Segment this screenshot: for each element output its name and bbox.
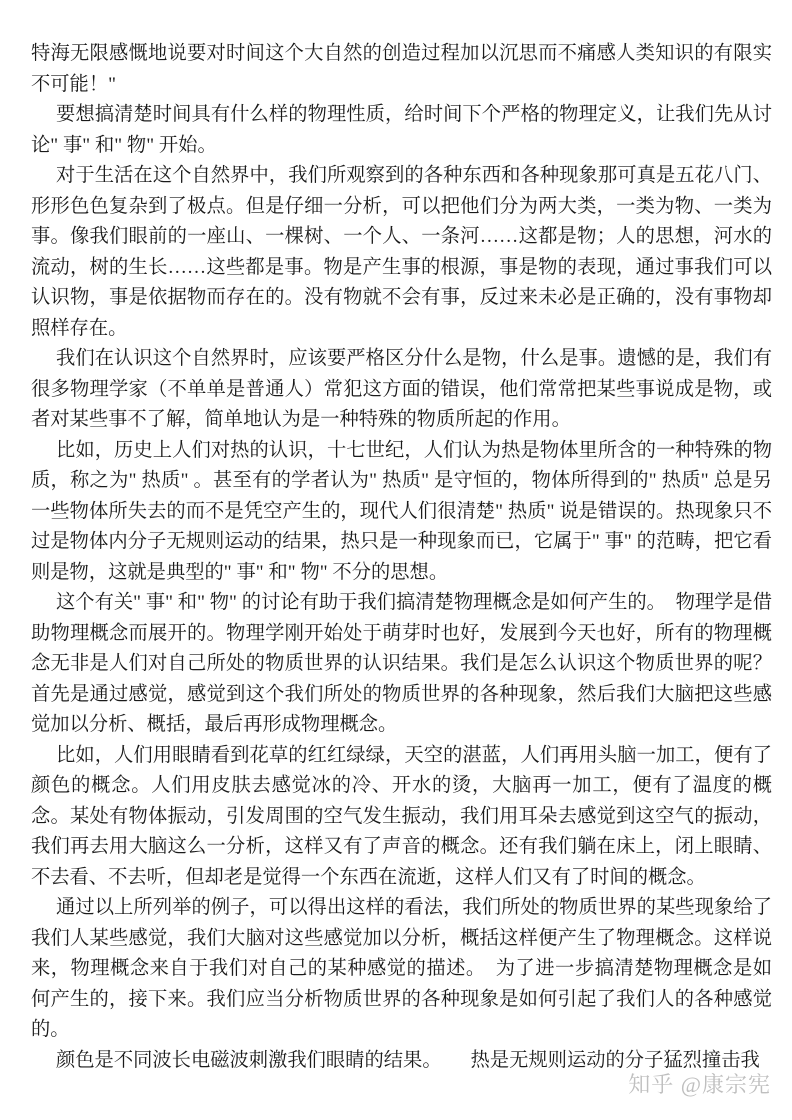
- paragraph: 要想搞清楚时间具有什么样的物理性质，给时间下个严格的物理定义，让我们先从讨论" …: [31, 100, 772, 161]
- paragraph: 比如，人们用眼睛看到花草的红红绿绿，天空的湛蓝，人们再用头脑一加工，便有了颜色的…: [31, 741, 772, 894]
- watermark-text: 知乎 @康宗宪: [628, 1072, 771, 1097]
- paragraph: 对于生活在这个自然界中，我们所观察到的各种东西和各种现象那可真是五花八门、形形色…: [31, 161, 772, 344]
- paragraph: 比如，历史上人们对热的认识，十七世纪，人们认为热是物体里所含的一种特殊的物质，称…: [31, 436, 772, 589]
- document-page: 特海无限感慨地说要对时间这个大自然的创造过程加以沉思而不痛感人类知识的有限实不可…: [0, 0, 792, 1120]
- paragraph: 这个有关" 事" 和" 物" 的讨论有助于我们搞清楚物理概念是如何产生的。 物理…: [31, 588, 772, 741]
- paragraph: 我们在认识这个自然界时，应该要严格区分什么是物，什么是事。遗憾的是，我们有很多物…: [31, 344, 772, 436]
- paragraph: 通过以上所列举的例子，可以得出这样的看法，我们所处的物质世界的某些现象给了我们人…: [31, 893, 772, 1046]
- zhihu-watermark: 知乎 @康宗宪: [628, 1073, 771, 1097]
- article-text: 特海无限感慨地说要对时间这个大自然的创造过程加以沉思而不痛感人类知识的有限实不可…: [31, 39, 772, 1076]
- paragraph: 特海无限感慨地说要对时间这个大自然的创造过程加以沉思而不痛感人类知识的有限实不可…: [31, 39, 772, 100]
